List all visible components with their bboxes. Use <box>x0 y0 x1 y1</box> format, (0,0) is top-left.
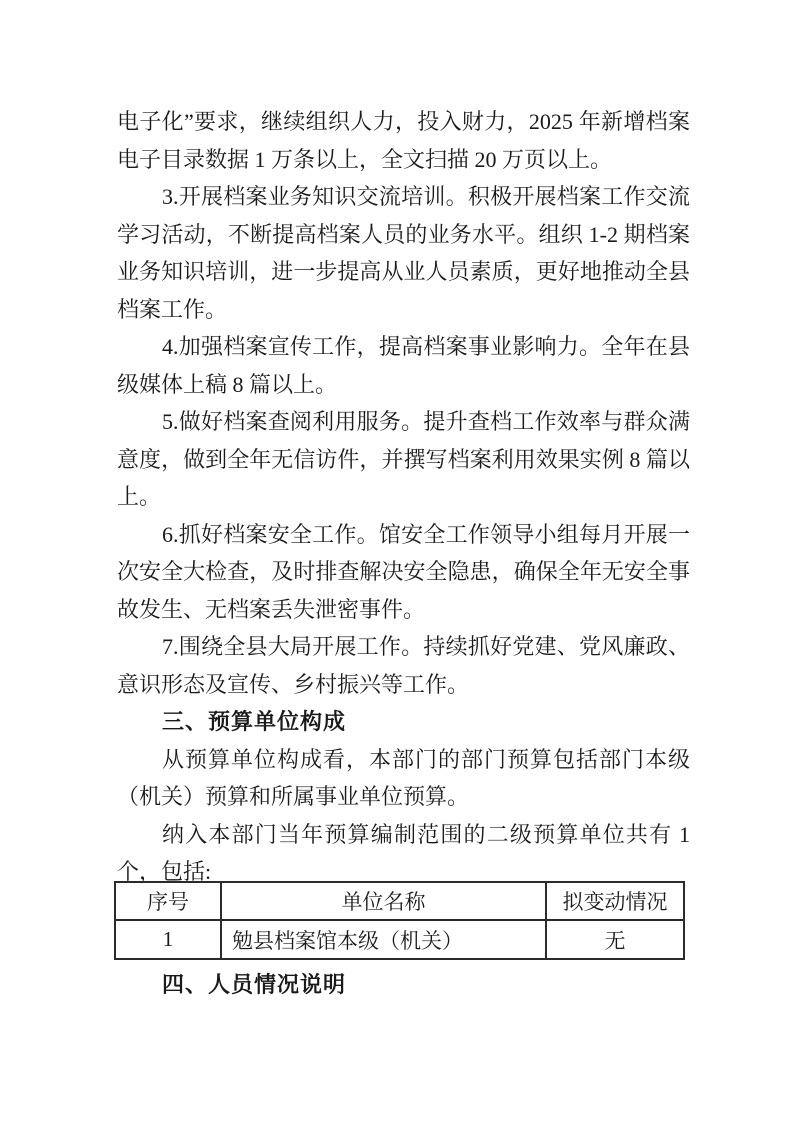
table-header-cell: 单位名称 <box>221 882 546 920</box>
paragraph-line: 意度，做到全年无信访件，并撰写档案利用效果实例 8 篇以 <box>117 441 690 479</box>
paragraph-line: 电子目录数据 1 万条以上，全文扫描 20 万页以上。 <box>117 141 690 179</box>
table-cell: 无 <box>546 920 684 959</box>
paragraph-line: （机关）预算和所属事业单位预算。 <box>117 778 690 816</box>
table-cell: 1 <box>115 920 221 959</box>
paragraph-line: 意识形态及宣传、乡村振兴等工作。 <box>117 666 690 704</box>
document-body: 电子化”要求，继续组织人力，投入财力，2025 年新增档案电子目录数据 1 万条… <box>117 103 690 891</box>
paragraph-line: 6.抓好档案安全工作。馆安全工作领导小组每月开展一 <box>117 516 690 554</box>
table-cell: 勉县档案馆本级（机关） <box>221 920 546 959</box>
paragraph-line: 从预算单位构成看，本部门的部门预算包括部门本级 <box>117 741 690 779</box>
paragraph-line: 档案工作。 <box>117 291 690 329</box>
paragraph-line: 5.做好档案查阅利用服务。提升查档工作效率与群众满 <box>117 403 690 441</box>
table-header-row: 序号单位名称拟变动情况 <box>115 882 684 920</box>
paragraph-line: 7.围绕全县大局开展工作。持续抓好党建、党风廉政、 <box>117 628 690 666</box>
budget-units-table: 序号单位名称拟变动情况 1勉县档案馆本级（机关）无 <box>114 881 685 960</box>
table-header-cell: 序号 <box>115 882 221 920</box>
paragraph-line: 纳入本部门当年预算编制范围的二级预算单位共有 1 <box>117 816 690 854</box>
paragraph-line: 学习活动，不断提高档案人员的业务水平。组织 1-2 期档案 <box>117 216 690 254</box>
paragraph-line: 故发生、无档案丢失泄密事件。 <box>117 591 690 629</box>
paragraph-line: 4.加强档案宣传工作，提高档案事业影响力。全年在县 <box>117 328 690 366</box>
section-heading: 三、预算单位构成 <box>117 703 690 741</box>
table-row: 1勉县档案馆本级（机关）无 <box>115 920 684 959</box>
paragraph-line: 3.开展档案业务知识交流培训。积极开展档案工作交流 <box>117 178 690 216</box>
paragraph-line: 业务知识培训，进一步提高从业人员素质，更好地推动全县 <box>117 253 690 291</box>
document-page: 电子化”要求，继续组织人力，投入财力，2025 年新增档案电子目录数据 1 万条… <box>0 0 793 1122</box>
paragraph-line: 电子化”要求，继续组织人力，投入财力，2025 年新增档案 <box>117 103 690 141</box>
paragraph-line: 级媒体上稿 8 篇以上。 <box>117 366 690 404</box>
table-header-cell: 拟变动情况 <box>546 882 684 920</box>
paragraph-line: 次安全大检查，及时排查解决安全隐患，确保全年无安全事 <box>117 553 690 591</box>
paragraph-line: 上。 <box>117 478 690 516</box>
section-heading-personnel: 四、人员情况说明 <box>117 966 690 1004</box>
